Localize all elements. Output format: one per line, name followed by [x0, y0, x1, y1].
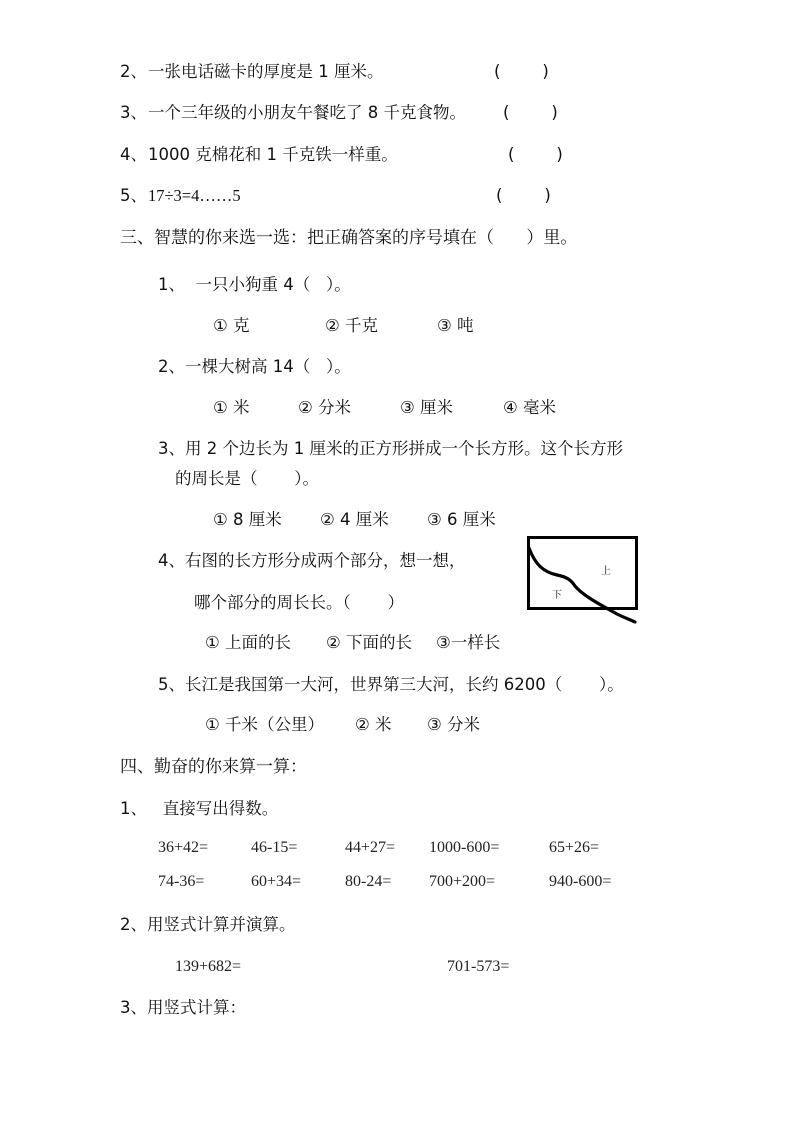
choice-question-4-line1: 4、右图的长方形分成两个部分，想一想，	[158, 550, 466, 572]
calc-problem: 74-36=	[158, 871, 204, 893]
option[interactable]: ② 米	[355, 714, 392, 736]
option[interactable]: ① 米	[213, 397, 250, 419]
judge-item-text: 17÷3=4……5	[148, 185, 241, 207]
choice-question-3-line2: 的周长是（ ）。	[175, 468, 319, 490]
judge-item-text: 1000 克棉花和 1 千克铁一样重。	[148, 144, 398, 166]
option[interactable]: ① 千米（公里）	[205, 714, 324, 736]
answer-blank[interactable]: ( )	[508, 144, 563, 166]
option[interactable]: ② 分米	[298, 397, 351, 419]
section3-heading: 三、智慧的你来选一选：把正确答案的序号填在（ ）里。	[120, 227, 577, 249]
direct-calc-title: 1、 直接写出得数。	[120, 798, 278, 820]
judge-item-text: 一张电话磁卡的厚度是 1 厘米。	[148, 61, 384, 83]
judge-item-text: 一个三年级的小朋友午餐吃了 8 千克食物。	[148, 102, 466, 124]
rectangle-curve-diagram	[527, 536, 639, 626]
option[interactable]: ① 8 厘米	[213, 509, 282, 531]
option[interactable]: ③一样长	[436, 632, 500, 654]
vertical-calc-check-title: 2、用竖式计算并演算。	[120, 914, 296, 936]
choice-question-4-line2: 哪个部分的周长长。（ ）	[194, 592, 404, 614]
section4-heading: 四、勤奋的你来算一算：	[120, 756, 307, 778]
option[interactable]: ② 千克	[325, 315, 378, 337]
option[interactable]: ② 下面的长	[326, 632, 412, 654]
judge-item-number: 4、	[120, 144, 147, 166]
option[interactable]: ① 上面的长	[205, 632, 291, 654]
answer-blank[interactable]: ( )	[503, 102, 558, 124]
calc-problem: 46-15=	[251, 837, 297, 859]
option[interactable]: ③ 6 厘米	[427, 509, 496, 531]
calc-problem: 701-573=	[447, 956, 509, 978]
choice-question-1: 1、 一只小狗重 4（ ）。	[158, 274, 351, 296]
calc-problem: 1000-600=	[429, 837, 499, 859]
vertical-calc-title: 3、用竖式计算：	[120, 997, 246, 1019]
answer-blank[interactable]: ( )	[494, 61, 549, 83]
choice-question-2: 2、一棵大树高 14（ ）。	[158, 356, 351, 378]
calc-problem: 65+26=	[549, 837, 599, 859]
judge-item-number: 3、	[120, 102, 147, 124]
choice-question-3-line1: 3、用 2 个边长为 1 厘米的正方形拼成一个长方形。这个长方形	[158, 438, 623, 460]
calc-problem: 139+682=	[175, 956, 241, 978]
choice-question-5: 5、长江是我国第一大河，世界第三大河，长约 6200（ ）。	[158, 674, 624, 696]
option[interactable]: ④ 毫米	[503, 397, 556, 419]
calc-problem: 80-24=	[345, 871, 391, 893]
calc-problem: 60+34=	[251, 871, 301, 893]
lower-part-label: 下	[552, 590, 562, 602]
upper-part-label: 上	[601, 566, 611, 578]
option[interactable]: ③ 吨	[437, 315, 474, 337]
calc-problem: 700+200=	[429, 871, 495, 893]
calc-problem: 44+27=	[345, 837, 395, 859]
judge-item-number: 2、	[120, 61, 147, 83]
calc-problem: 940-600=	[549, 871, 611, 893]
answer-blank[interactable]: ( )	[496, 185, 551, 207]
divided-rectangle-figure: 上 下	[527, 536, 639, 626]
option[interactable]: ③ 厘米	[400, 397, 453, 419]
calc-problem: 36+42=	[158, 837, 208, 859]
option[interactable]: ② 4 厘米	[320, 509, 389, 531]
option[interactable]: ① 克	[213, 315, 250, 337]
option[interactable]: ③ 分米	[427, 714, 480, 736]
judge-item-number: 5、	[120, 185, 147, 207]
